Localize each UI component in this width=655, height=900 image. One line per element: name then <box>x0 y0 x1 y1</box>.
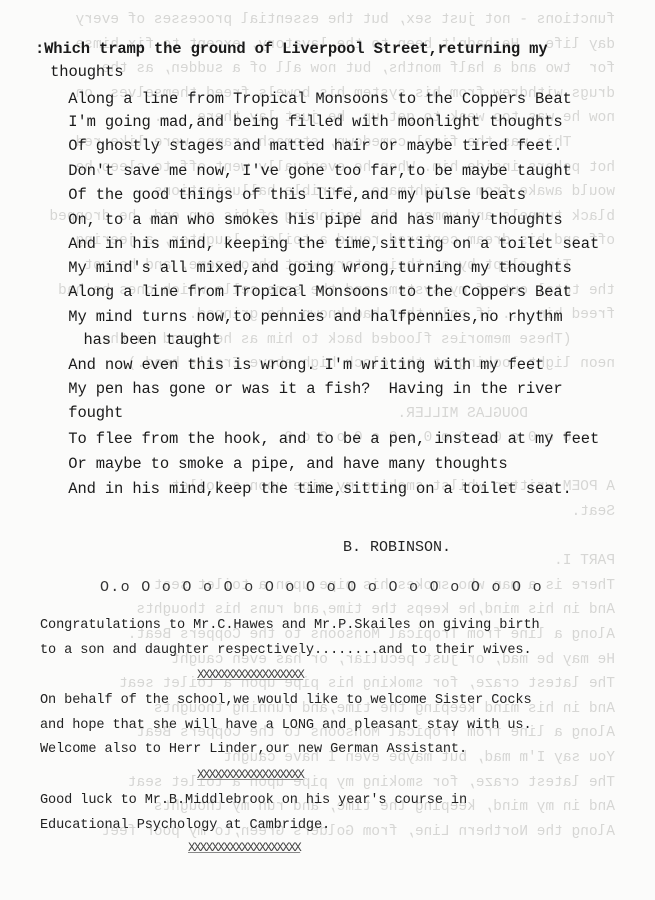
poem-line: :Which tramp the ground of Liverpool Str… <box>35 40 548 58</box>
poem-line: My mind turns now,to pennies and halfpen… <box>50 308 563 326</box>
poem-line: Of ghostly stages and matted hair or may… <box>50 137 563 155</box>
notice-line: Good luck to Mr.B.Middlebrook on his yea… <box>40 793 467 808</box>
poem-signature: B. ROBINSON. <box>343 539 451 556</box>
poem-line: And now even this is wrong. I'm writing … <box>50 356 544 374</box>
poem-line: And in his mind, keeping the time,sittin… <box>50 235 599 253</box>
poem-line: Along a line from Tropical Monsoons to t… <box>50 90 572 108</box>
separator-x-row: XXXXXXXXXXXXXXXXXX <box>197 668 303 682</box>
notice-line: Educational Psychology at Cambridge. <box>40 818 330 833</box>
notice-line: to a son and daughter respectively......… <box>40 643 532 658</box>
notice-line: and hope that she will have a LONG and p… <box>40 718 532 733</box>
separator-x-row: XXXXXXXXXXXXXXXXXX <box>197 768 303 782</box>
notice-line: Congratulations to Mr.C.Hawes and Mr.P.S… <box>40 618 540 633</box>
notice-line: On behalf of the school,we would like to… <box>40 693 532 708</box>
poem-line: To flee from the hook, and to be a pen, … <box>50 430 599 448</box>
separator-x-row: XXXXXXXXXXXXXXXXXXX <box>188 841 300 855</box>
poem-line: Of the good things of this life,and my p… <box>50 186 526 204</box>
poem-line: has been taught <box>56 331 221 349</box>
poem-line: I'm going mad,and being filled with moon… <box>50 113 563 131</box>
poem-line: Or maybe to smoke a pipe, and have many … <box>50 455 508 473</box>
poem-line: My mind's all mixed,and going wrong,turn… <box>50 259 572 277</box>
poem-line: My pen has gone or was it a fish? Having… <box>50 380 563 398</box>
poem-line: On, to a man who smokes his pipe and has… <box>50 211 563 229</box>
poem-line: thoughts <box>41 63 123 81</box>
poem-line: Along a line from Tropical Monsoons to t… <box>50 283 572 301</box>
notice-line: Welcome also to Herr Linder,our new Germ… <box>40 742 467 757</box>
ornament-divider: O.o O o O o O o O o O o O o O o O o O o … <box>100 579 543 596</box>
poem-line: And in his mind,keep the time,sitting on… <box>50 480 572 498</box>
poem-line: Don't save me now, I've gone too far,to … <box>50 162 572 180</box>
poem-line: fought <box>50 404 123 422</box>
document-page: :Which tramp the ground of Liverpool Str… <box>0 0 655 900</box>
